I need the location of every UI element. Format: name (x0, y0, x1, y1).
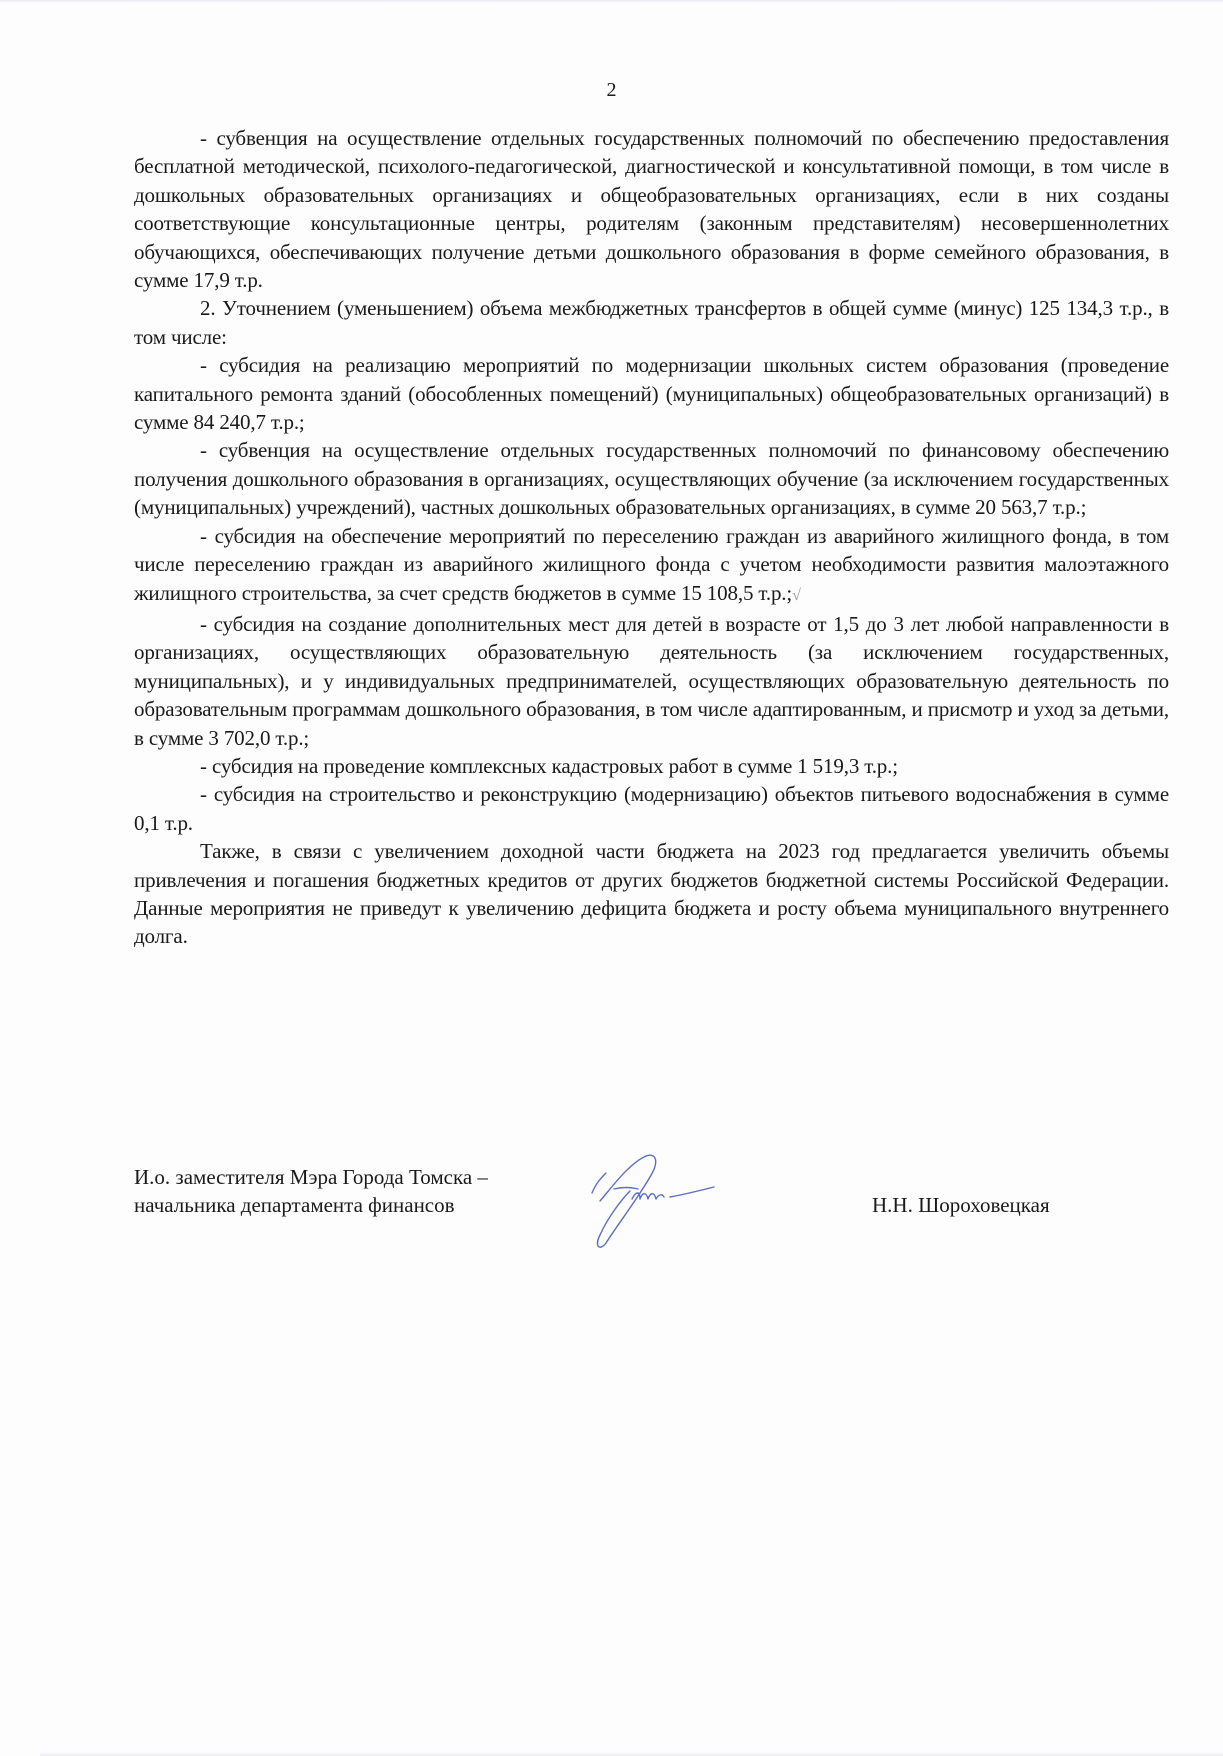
document-page: 2 - субвенция на осуществление отдельных… (0, 0, 1223, 1756)
signatory-title-line-1: И.о. заместителя Мэра Города Томска – (134, 1163, 488, 1191)
paragraph-transfers-reduction: 2. Уточнением (уменьшением) объема межбю… (134, 294, 1169, 351)
document-body: - субвенция на осуществление отдельных г… (134, 124, 1169, 951)
paragraph-resettlement-text: - субсидия на обеспечение мероприятий по… (134, 524, 1169, 605)
handwritten-signature-icon (552, 1143, 742, 1253)
paragraph-resettlement: - субсидия на обеспечение мероприятий по… (134, 522, 1169, 610)
signatory-name: Н.Н. Шороховецкая (872, 1191, 1050, 1219)
paragraph-preschool-financing: - субвенция на осуществление отдельных г… (134, 436, 1169, 521)
signatory-title: И.о. заместителя Мэра Города Томска – на… (134, 1163, 488, 1219)
check-mark-icon: √ (792, 587, 801, 604)
paragraph-subvention-methodical-help: - субвенция на осуществление отдельных г… (134, 124, 1169, 294)
paragraph-budget-credits: Также, в связи с увеличением доходной ча… (134, 837, 1169, 951)
signature-block: И.о. заместителя Мэра Города Томска – на… (134, 1163, 1169, 1243)
page-number: 2 (0, 78, 1223, 102)
signatory-title-line-2: начальника департамента финансов (134, 1191, 488, 1219)
paragraph-water-supply: - субсидия на строительство и реконструк… (134, 780, 1169, 837)
scan-edge-top (0, 0, 1223, 3)
paragraph-additional-places: - субсидия на создание дополнительных ме… (134, 610, 1169, 752)
paragraph-cadastral-works: - субсидия на проведение комплексных кад… (134, 752, 1169, 780)
paragraph-school-modernization: - субсидия на реализацию мероприятий по … (134, 351, 1169, 436)
scan-edge-bottom (40, 1752, 1223, 1756)
